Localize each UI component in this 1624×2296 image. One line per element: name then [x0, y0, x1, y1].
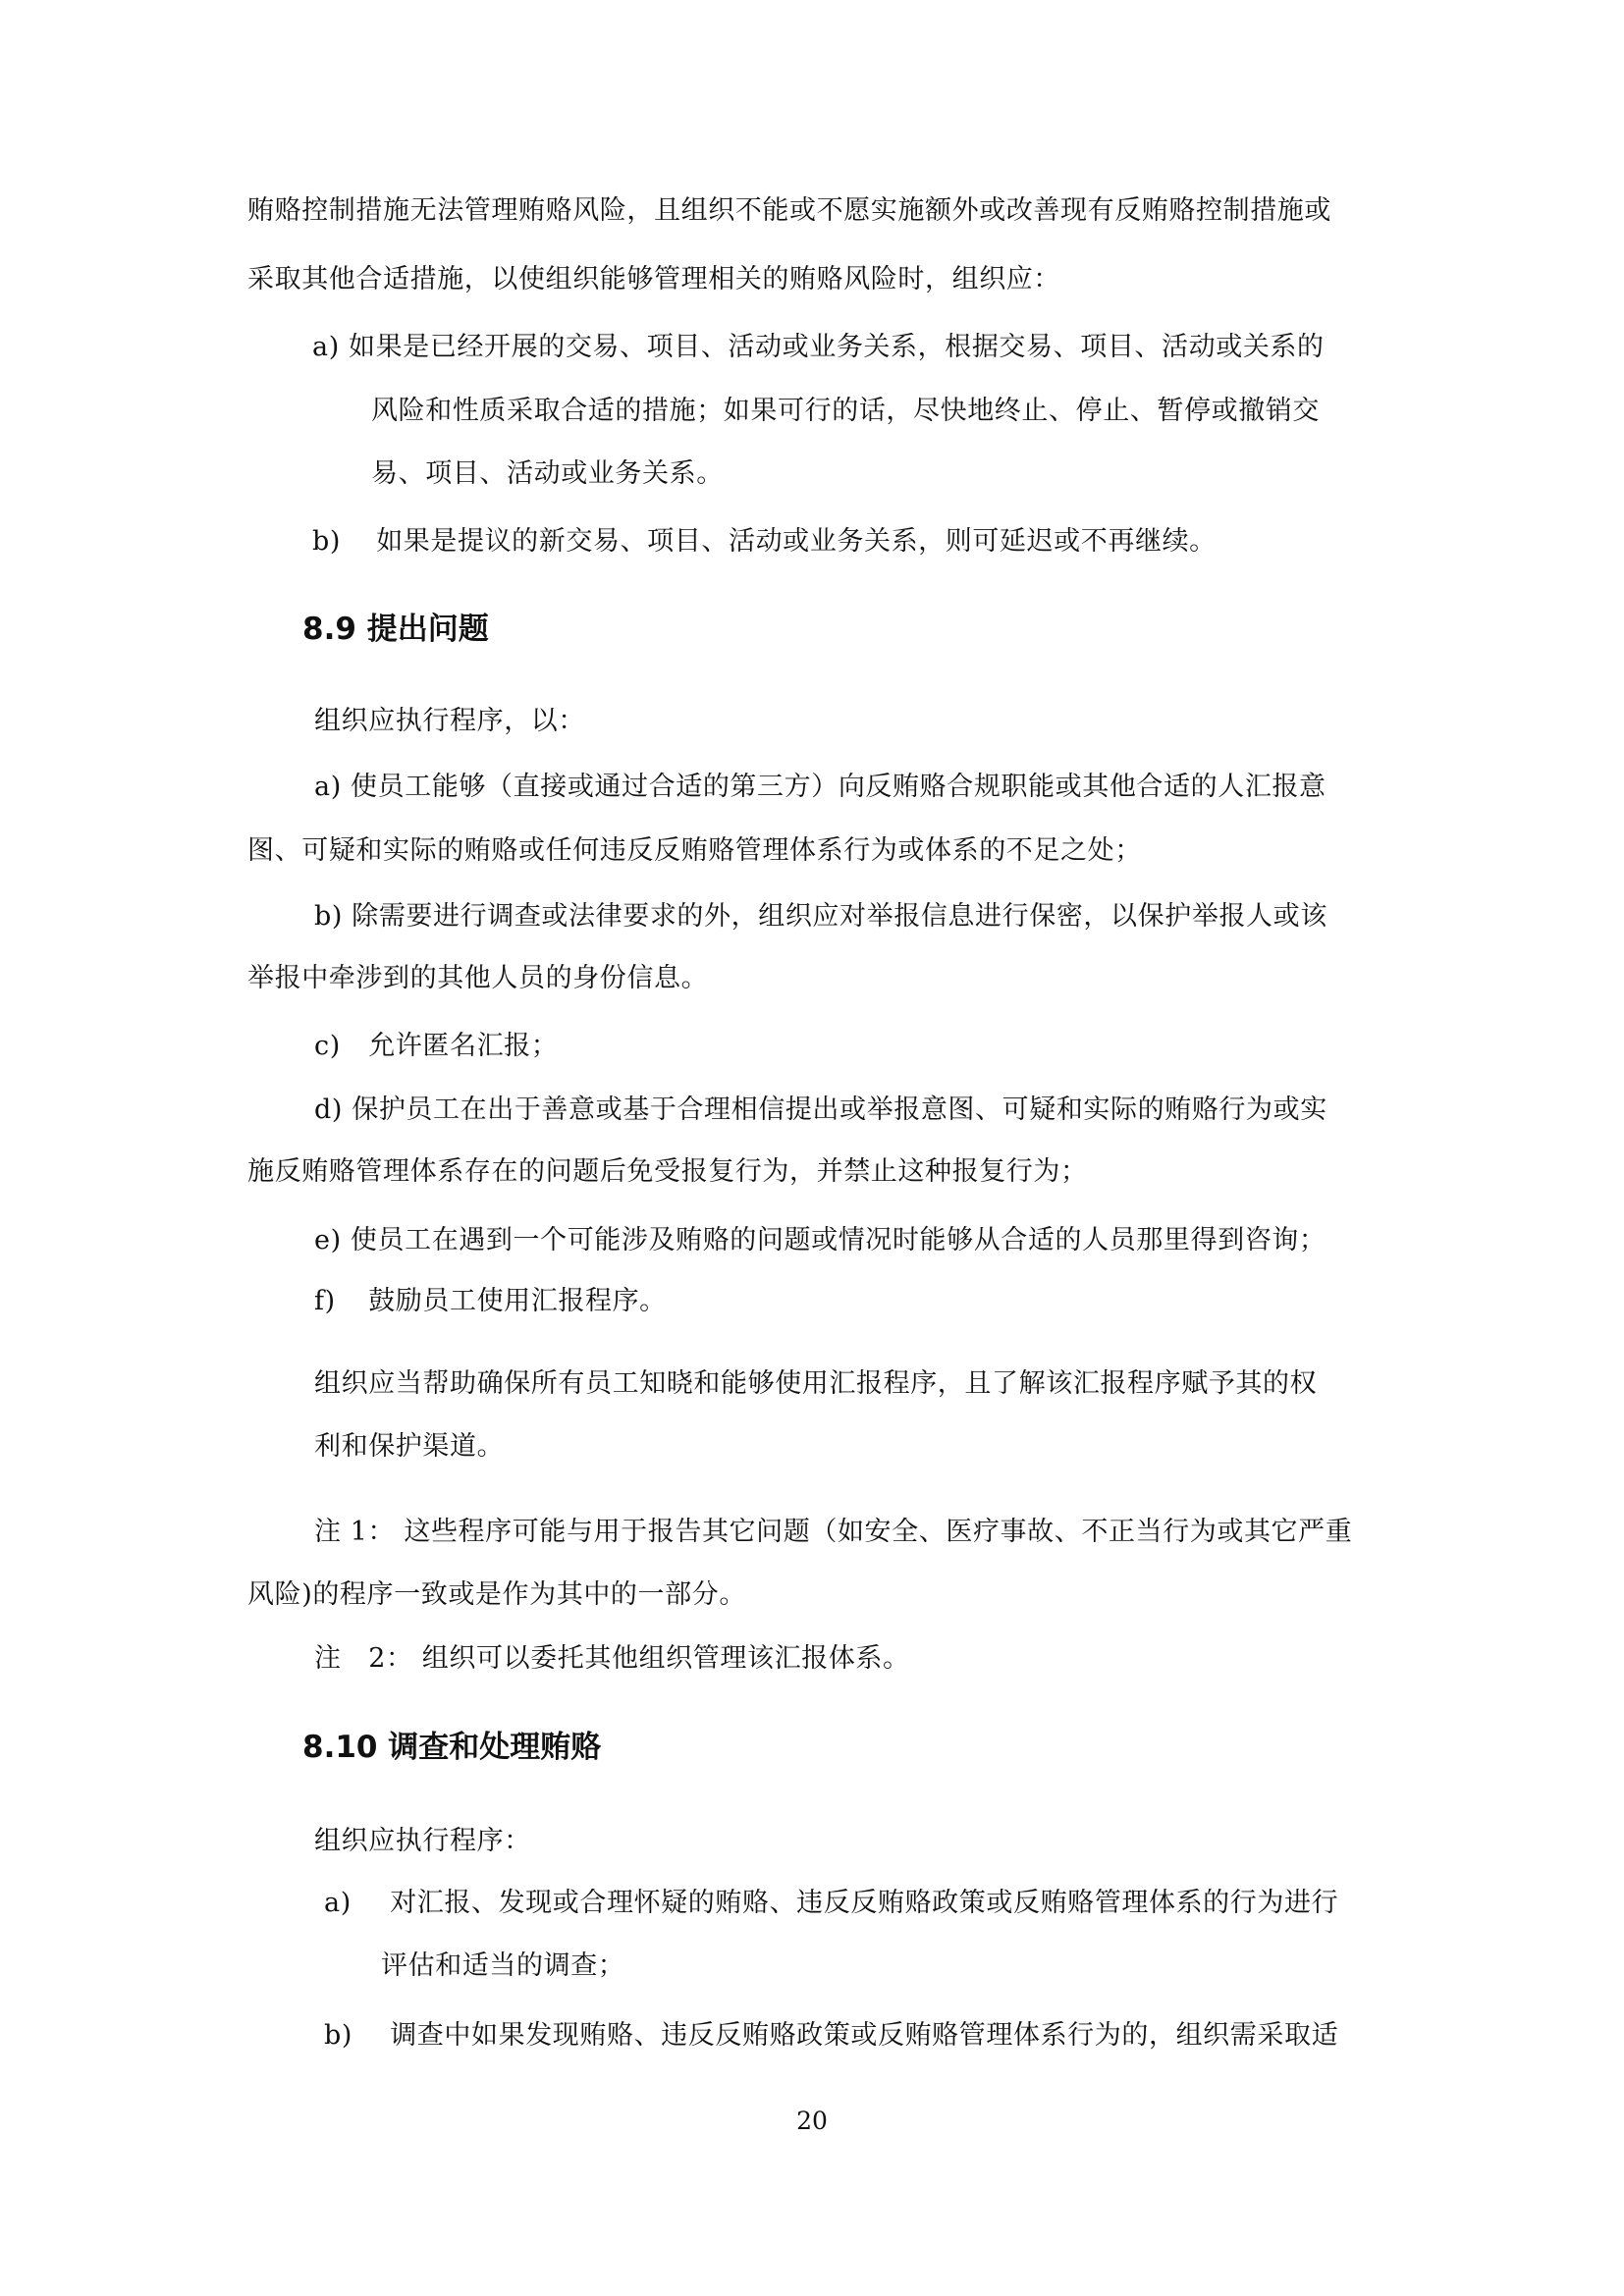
section-heading-8-9: 8.9 提出问题 [302, 610, 489, 649]
list-text: 允许匿名汇报； [368, 1031, 558, 1061]
body-paragraph-line: 采取其他合适措施，以使组织能够管理相关的贿赂风险时，组织应： [247, 262, 1060, 297]
list-label: a) [312, 330, 340, 365]
list-item-b: b) 调查中如果发现贿赂、违反反贿赂政策或反贿赂管理体系行为的，组织需采取适 [324, 2018, 1338, 2054]
section-lead: 组织应执行程序，以： [314, 704, 585, 739]
list-item-f: f) 鼓励员工使用汇报程序。 [314, 1284, 667, 1319]
list-text: 调查中如果发现贿赂、违反反贿赂政策或反贿赂管理体系行为的，组织需采取适 [390, 2020, 1338, 2051]
section-lead: 组织应执行程序： [314, 1824, 531, 1859]
list-label: a) [314, 770, 342, 805]
list-item-continuation: 图、可疑和实际的贿赂或任何违反反贿赂管理体系行为或体系的不足之处； [247, 833, 1142, 869]
list-label: f) [314, 1284, 359, 1319]
list-item-c: c) 允许匿名汇报； [314, 1029, 558, 1064]
list-label: b) [324, 2018, 381, 2054]
list-label: a) [324, 1886, 381, 1921]
list-item-a: a) 如果是已经开展的交易、项目、活动或业务关系，根据交易、项目、活动或关系的 [312, 330, 1325, 365]
note-label: 注 1： [314, 1515, 395, 1550]
list-item-a: a) 使员工能够（直接或通过合适的第三方）向反贿赂合规职能或其他合适的人汇报意 [314, 770, 1326, 805]
note-text: 这些程序可能与用于报告其它问题（如安全、医疗事故、不正当行为或其它严重 [404, 1517, 1352, 1547]
note-label: 注 2： [314, 1641, 413, 1677]
list-text: 除需要进行调查或法律要求的外，组织应对举报信息进行保密，以保护举报人或该 [352, 901, 1327, 932]
list-item-continuation: 风险和性质采取合适的措施；如果可行的话，尽快地终止、停止、暂停或撤销交 [371, 394, 1320, 429]
list-text: 如果是提议的新交易、项目、活动或业务关系，则可延迟或不再继续。 [376, 526, 1217, 557]
list-text: 使员工在遇到一个可能涉及贿赂的问题或情况时能够从合适的人员那里得到咨询； [351, 1225, 1326, 1255]
closing-paragraph-line: 组织应当帮助确保所有员工知晓和能够使用汇报程序，且了解该汇报程序赋予其的权 [314, 1366, 1317, 1402]
list-item-continuation: 评估和适当的调查； [381, 1949, 624, 1984]
note-2: 注 2： 组织可以委托其他组织管理该汇报体系。 [314, 1641, 910, 1677]
list-item-b: b) 除需要进行调查或法律要求的外，组织应对举报信息进行保密，以保护举报人或该 [314, 899, 1327, 934]
section-heading-8-10: 8.10 调查和处理贿赂 [302, 1728, 601, 1767]
note-1: 注 1： 这些程序可能与用于报告其它问题（如安全、医疗事故、不正当行为或其它严重 [314, 1515, 1352, 1550]
list-label: b) [314, 899, 343, 934]
list-text: 对汇报、发现或合理怀疑的贿赂、违反反贿赂政策或反贿赂管理体系的行为进行 [390, 1888, 1338, 1918]
list-text: 使员工能够（直接或通过合适的第三方）向反贿赂合规职能或其他合适的人汇报意 [351, 772, 1326, 802]
list-label: d) [314, 1093, 343, 1128]
list-text: 保护员工在出于善意或基于合理相信提出或举报意图、可疑和实际的贿赂行为或实 [352, 1095, 1327, 1125]
list-item-b: b) 如果是提议的新交易、项目、活动或业务关系，则可延迟或不再继续。 [312, 524, 1217, 560]
list-text: 如果是已经开展的交易、项目、活动或业务关系，根据交易、项目、活动或关系的 [349, 332, 1325, 362]
list-text: 鼓励员工使用汇报程序。 [368, 1286, 667, 1316]
closing-paragraph-line: 利和保护渠道。 [314, 1429, 504, 1465]
list-label: b) [312, 524, 367, 560]
list-item-continuation: 举报中牵涉到的其他人员的身份信息。 [247, 961, 708, 996]
note-text: 组织可以委托其他组织管理该汇报体系。 [422, 1643, 910, 1674]
body-paragraph-line: 贿赂控制措施无法管理贿赂风险，且组织不能或不愿实施额外或改善现有反贿赂控制措施或 [247, 193, 1331, 229]
list-item-a: a) 对汇报、发现或合理怀疑的贿赂、违反反贿赂政策或反贿赂管理体系的行为进行 [324, 1886, 1338, 1921]
note-continuation: 风险)的程序一致或是作为其中的一部分。 [247, 1577, 746, 1613]
list-item-d: d) 保护员工在出于善意或基于合理相信提出或举报意图、可疑和实际的贿赂行为或实 [314, 1093, 1327, 1128]
list-label: c) [314, 1029, 359, 1064]
list-item-continuation: 易、项目、活动或业务关系。 [371, 456, 724, 492]
list-item-e: e) 使员工在遇到一个可能涉及贿赂的问题或情况时能够从合适的人员那里得到咨询； [314, 1223, 1326, 1258]
page-number: 20 [0, 2107, 1624, 2135]
list-item-continuation: 施反贿赂管理体系存在的问题后免受报复行为，并禁止这种报复行为； [247, 1154, 1088, 1190]
list-label: e) [314, 1223, 342, 1258]
